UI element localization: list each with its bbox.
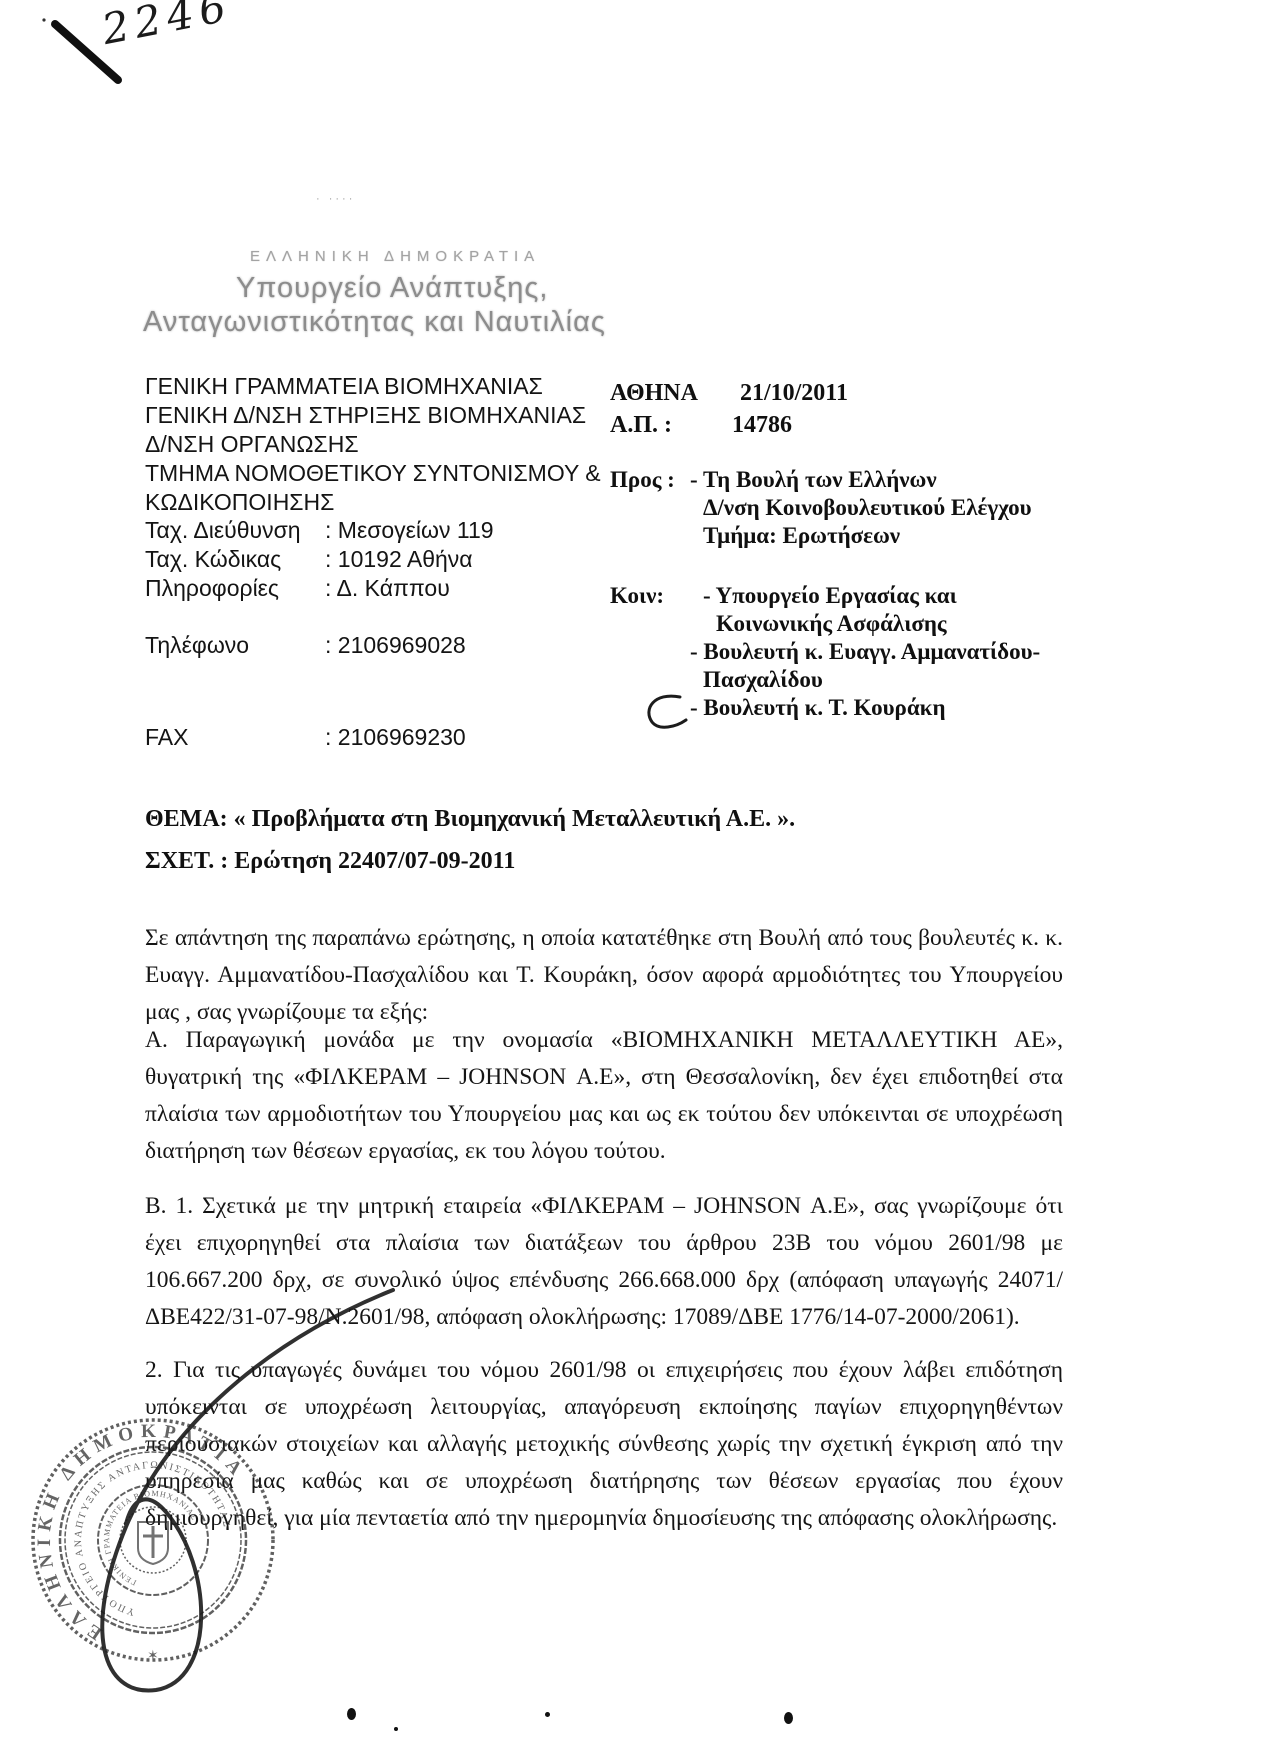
letter-date: 21/10/2011 bbox=[740, 380, 848, 406]
cc-line-mp-kourakis: - Βουλευτή κ. Τ. Κουράκη bbox=[690, 694, 1040, 722]
contact-value: : 2106969230 bbox=[325, 723, 466, 752]
contact-value: : 10192 Αθήνα bbox=[325, 545, 473, 574]
protocol-row: Α.Π. :14786 bbox=[610, 412, 792, 439]
contact-value: : Δ. Κάππου bbox=[325, 574, 450, 603]
org-line-department-1: ΤΜΗΜΑ ΝΟΜΟΘΕΤΙΚΟΥ ΣΥΝΤΟΝΙΣΜΟΥ & bbox=[145, 459, 665, 488]
contact-row-telephone: Τηλέφωνο : 2106969028 bbox=[145, 631, 665, 660]
cc-line-ministry-labour-2: Κοινωνικής Ασφάλισης bbox=[690, 610, 1040, 638]
cc-line-mp-ammanatidou-1: - Βουλευτή κ. Ευαγγ. Αμμανατίδου- bbox=[690, 638, 1040, 666]
contact-label: Ταχ. Διεύθυνση bbox=[145, 516, 325, 545]
contact-label: Τηλέφωνο bbox=[145, 631, 325, 660]
scan-dot bbox=[394, 1727, 398, 1731]
to-line-department: Τμήμα: Ερωτήσεων bbox=[690, 522, 1032, 550]
contact-row-information: Πληροφορίες : Δ. Κάππου bbox=[145, 574, 665, 603]
hellenic-republic-faint-line: ΕΛΛΗΝΙΚΗ ΔΗΜΟΚΡΑΤΙΑ bbox=[250, 248, 540, 265]
body-paragraph-a: Α. Παραγωγική μονάδα με την ονομασία «ΒΙ… bbox=[145, 1022, 1063, 1170]
scan-smudge-mark: · ···· bbox=[316, 193, 355, 205]
scan-dot bbox=[347, 1708, 356, 1720]
handwritten-curve-mark bbox=[642, 692, 688, 732]
reference-line: ΣΧΕΤ. : Ερώτηση 22407/07-09-2011 bbox=[145, 848, 515, 875]
cc-line-mp-ammanatidou-2: Πασχαλίδου bbox=[690, 666, 1040, 694]
subject-line: ΘΕΜΑ: « Προβλήματα στη Βιομηχανική Μεταλ… bbox=[145, 806, 795, 833]
contact-row-postcode: Ταχ. Κώδικας : 10192 Αθήνα bbox=[145, 545, 665, 574]
ministry-name-line1: Υπουργείο Ανάπτυξης, bbox=[236, 272, 548, 305]
contact-value: : 2106969028 bbox=[325, 631, 466, 660]
city-label: ΑΘΗΝΑ bbox=[610, 380, 698, 406]
to-line-parliament: - Τη Βουλή των Ελλήνων bbox=[690, 466, 1032, 494]
pen-stroke-mark bbox=[38, 12, 148, 102]
contact-label: Ταχ. Κώδικας bbox=[145, 545, 325, 574]
org-line-general-secretariat: ΓΕΝΙΚΗ ΓΡΑΜΜΑΤΕΙΑ ΒΙΟΜΗΧΑΝΙΑΣ bbox=[145, 372, 665, 401]
protocol-number: 14786 bbox=[732, 412, 792, 438]
contact-row-address: Ταχ. Διεύθυνση : Μεσογείων 119 bbox=[145, 516, 665, 545]
contact-value: : Μεσογείων 119 bbox=[325, 516, 494, 545]
sender-organisation-block: ΓΕΝΙΚΗ ΓΡΑΜΜΑΤΕΙΑ ΒΙΟΜΗΧΑΝΙΑΣ ΓΕΝΙΚΗ Δ/Ν… bbox=[145, 372, 665, 517]
to-lines: - Τη Βουλή των Ελλήνων Δ/νση Κοινοβουλευ… bbox=[690, 466, 1032, 550]
cc-lines: - Υπουργείο Εργασίας και Κοινωνικής Ασφά… bbox=[690, 582, 1040, 722]
org-line-general-directorate: ΓΕΝΙΚΗ Δ/ΝΣΗ ΣΤΗΡΙΞΗΣ ΒΙΟΜΗΧΑΝΙΑΣ bbox=[145, 401, 665, 430]
sender-contact-block: Ταχ. Διεύθυνση : Μεσογείων 119 Ταχ. Κώδι… bbox=[145, 516, 665, 752]
scanned-letter-page: 2246 · ···· ΕΛΛΗΝΙΚΗ ΔΗΜΟΚΡΑΤΙΑ Υπουργεί… bbox=[0, 0, 1272, 1752]
signature bbox=[28, 1272, 428, 1712]
cc-line-ministry-labour-1: - Υπουργείο Εργασίας και bbox=[690, 582, 1040, 610]
city-date-row: ΑΘΗΝΑ21/10/2011 bbox=[610, 380, 848, 407]
scan-dot bbox=[545, 1712, 550, 1717]
contact-label: Πληροφορίες bbox=[145, 574, 325, 603]
body-paragraph-intro: Σε απάντηση της παραπάνω ερώτησης, η οπο… bbox=[145, 920, 1063, 1031]
org-line-department-2: ΚΩΔΙΚΟΠΟΙΗΣΗΣ bbox=[145, 488, 665, 517]
contact-row-fax: FAX : 2106969230 bbox=[145, 723, 665, 752]
org-line-directorate: Δ/ΝΣΗ ΟΡΓΑΝΩΣΗΣ bbox=[145, 430, 665, 459]
contact-label: FAX bbox=[145, 723, 325, 752]
to-line-directorate: Δ/νση Κοινοβουλευτικού Ελέγχου bbox=[690, 494, 1032, 522]
recipients-to-block: Προς : - Τη Βουλή των Ελλήνων Δ/νση Κοιν… bbox=[610, 466, 1032, 550]
scan-dot bbox=[784, 1712, 793, 1724]
to-label: Προς : bbox=[610, 466, 690, 550]
ministry-name-line2: Ανταγωνιστικότητας και Ναυτιλίας bbox=[143, 306, 606, 339]
protocol-label: Α.Π. : bbox=[610, 412, 672, 438]
